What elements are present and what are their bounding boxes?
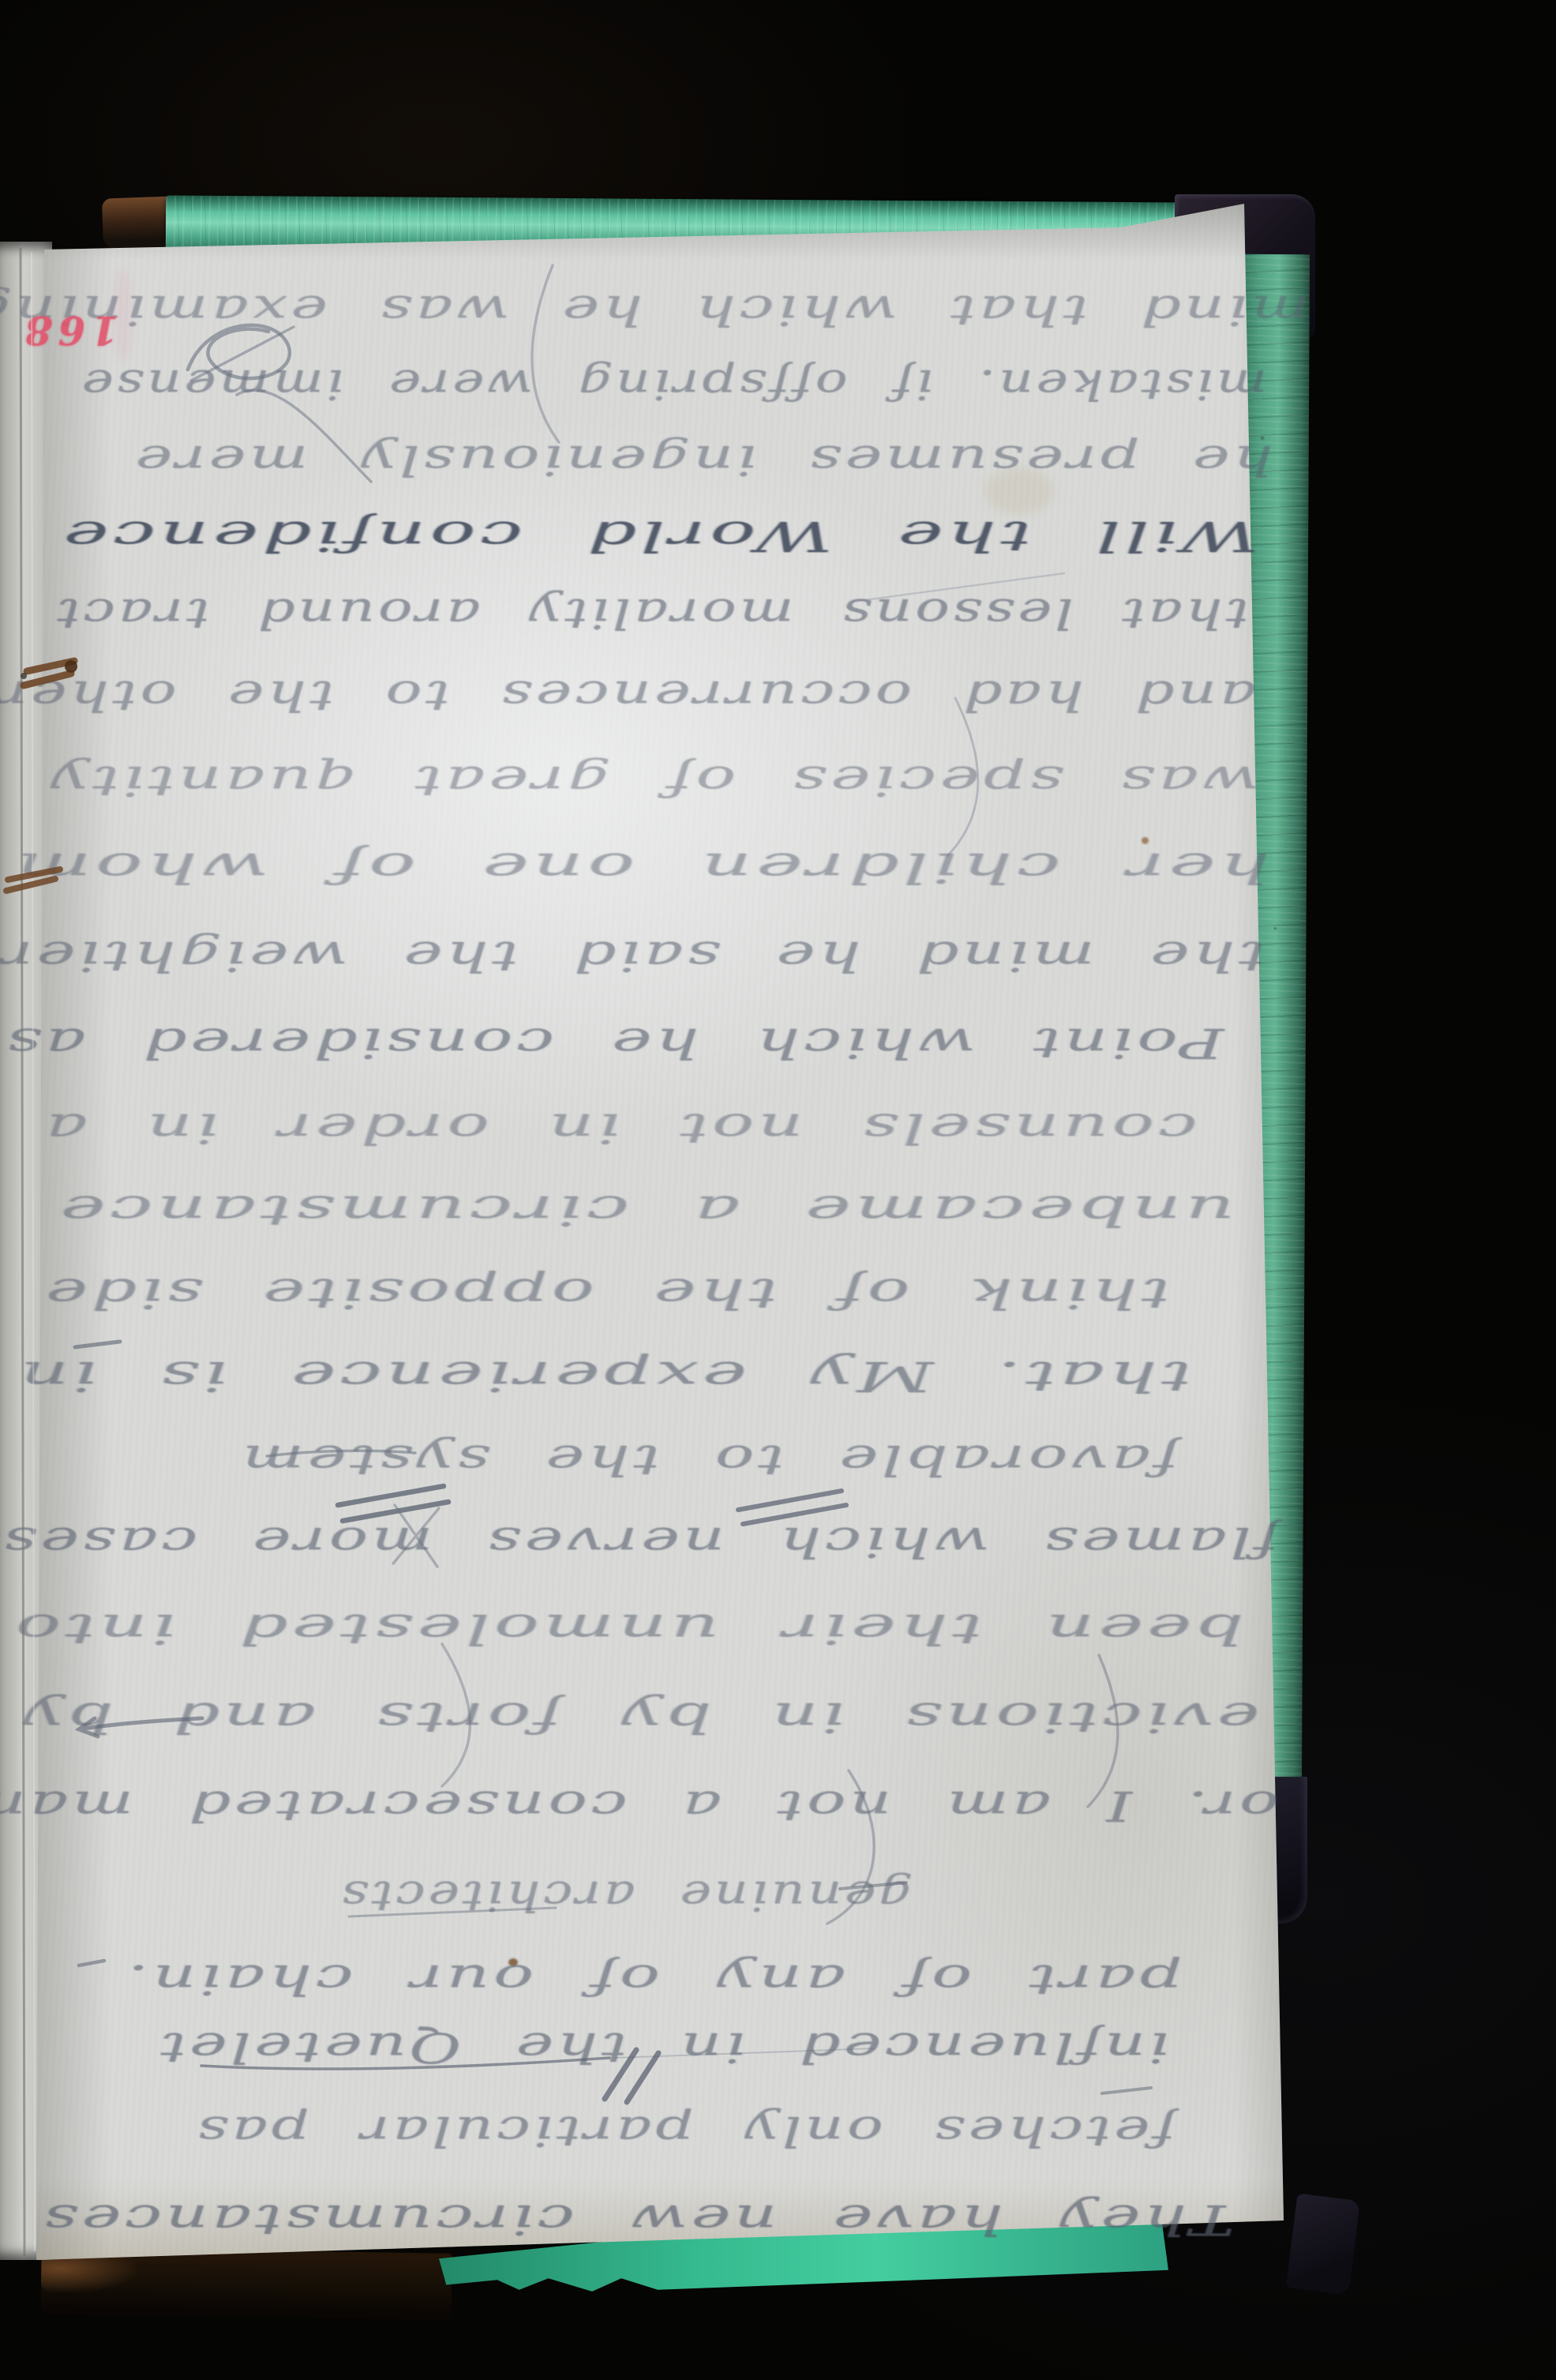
handwriting-line: the mind he said the weightier — [0, 907, 1556, 979]
handwriting-line: mind that which he was examining — [0, 261, 1534, 333]
handwriting-line: that lessons morality around tract — [0, 564, 1458, 636]
handwriting-line: or. I am not a consecrated man — [0, 1756, 1543, 1829]
page-number: 168 — [32, 275, 118, 354]
handwriting-line: think of the opposite side — [0, 1244, 1534, 1316]
handwriting-line: and had occurrences to the other — [0, 646, 1470, 719]
handwriting-line: that. My experience is in — [0, 1327, 1556, 1399]
handwriting-line: genuine architects — [264, 1846, 987, 1919]
handwriting-line: mistaken. if offspring were immense — [0, 335, 1399, 407]
handwriting-line: was species of great quantity — [0, 731, 1556, 804]
handwriting-line: her children one of whom — [0, 818, 1556, 891]
handwriting-line: flames which nerves more cases — [0, 1492, 1544, 1565]
handwriting-line: he presumes ingeniously mere — [0, 411, 1483, 483]
leather-bottom-edge — [40, 2247, 452, 2319]
handwriting-line: evictions in by forts and by — [0, 1668, 1556, 1740]
handwriting-line: Will the World confidence — [0, 486, 1556, 559]
handwriting-line: influenced in the Quetelet — [0, 1998, 1417, 2070]
handwriting-line: been their unmolested into — [0, 1579, 1556, 1652]
handwriting-line: part of any of our chain. — [0, 1930, 1467, 2003]
handwriting-line: counsels not in order in a — [0, 1079, 1539, 1151]
handwriting-line: favorable to the system — [7, 1410, 1411, 1483]
handwriting-line: Point which he considered as — [0, 993, 1536, 1066]
handwriting-line: unbecame a circumstance — [0, 1161, 1556, 1233]
handwriting-line: They have new circumstances — [0, 2170, 1492, 2243]
notebook-photo: mind that which he was examining mistake… — [0, 0, 1556, 2380]
handwriting-line: fetches only particular pas — [0, 2082, 1391, 2154]
